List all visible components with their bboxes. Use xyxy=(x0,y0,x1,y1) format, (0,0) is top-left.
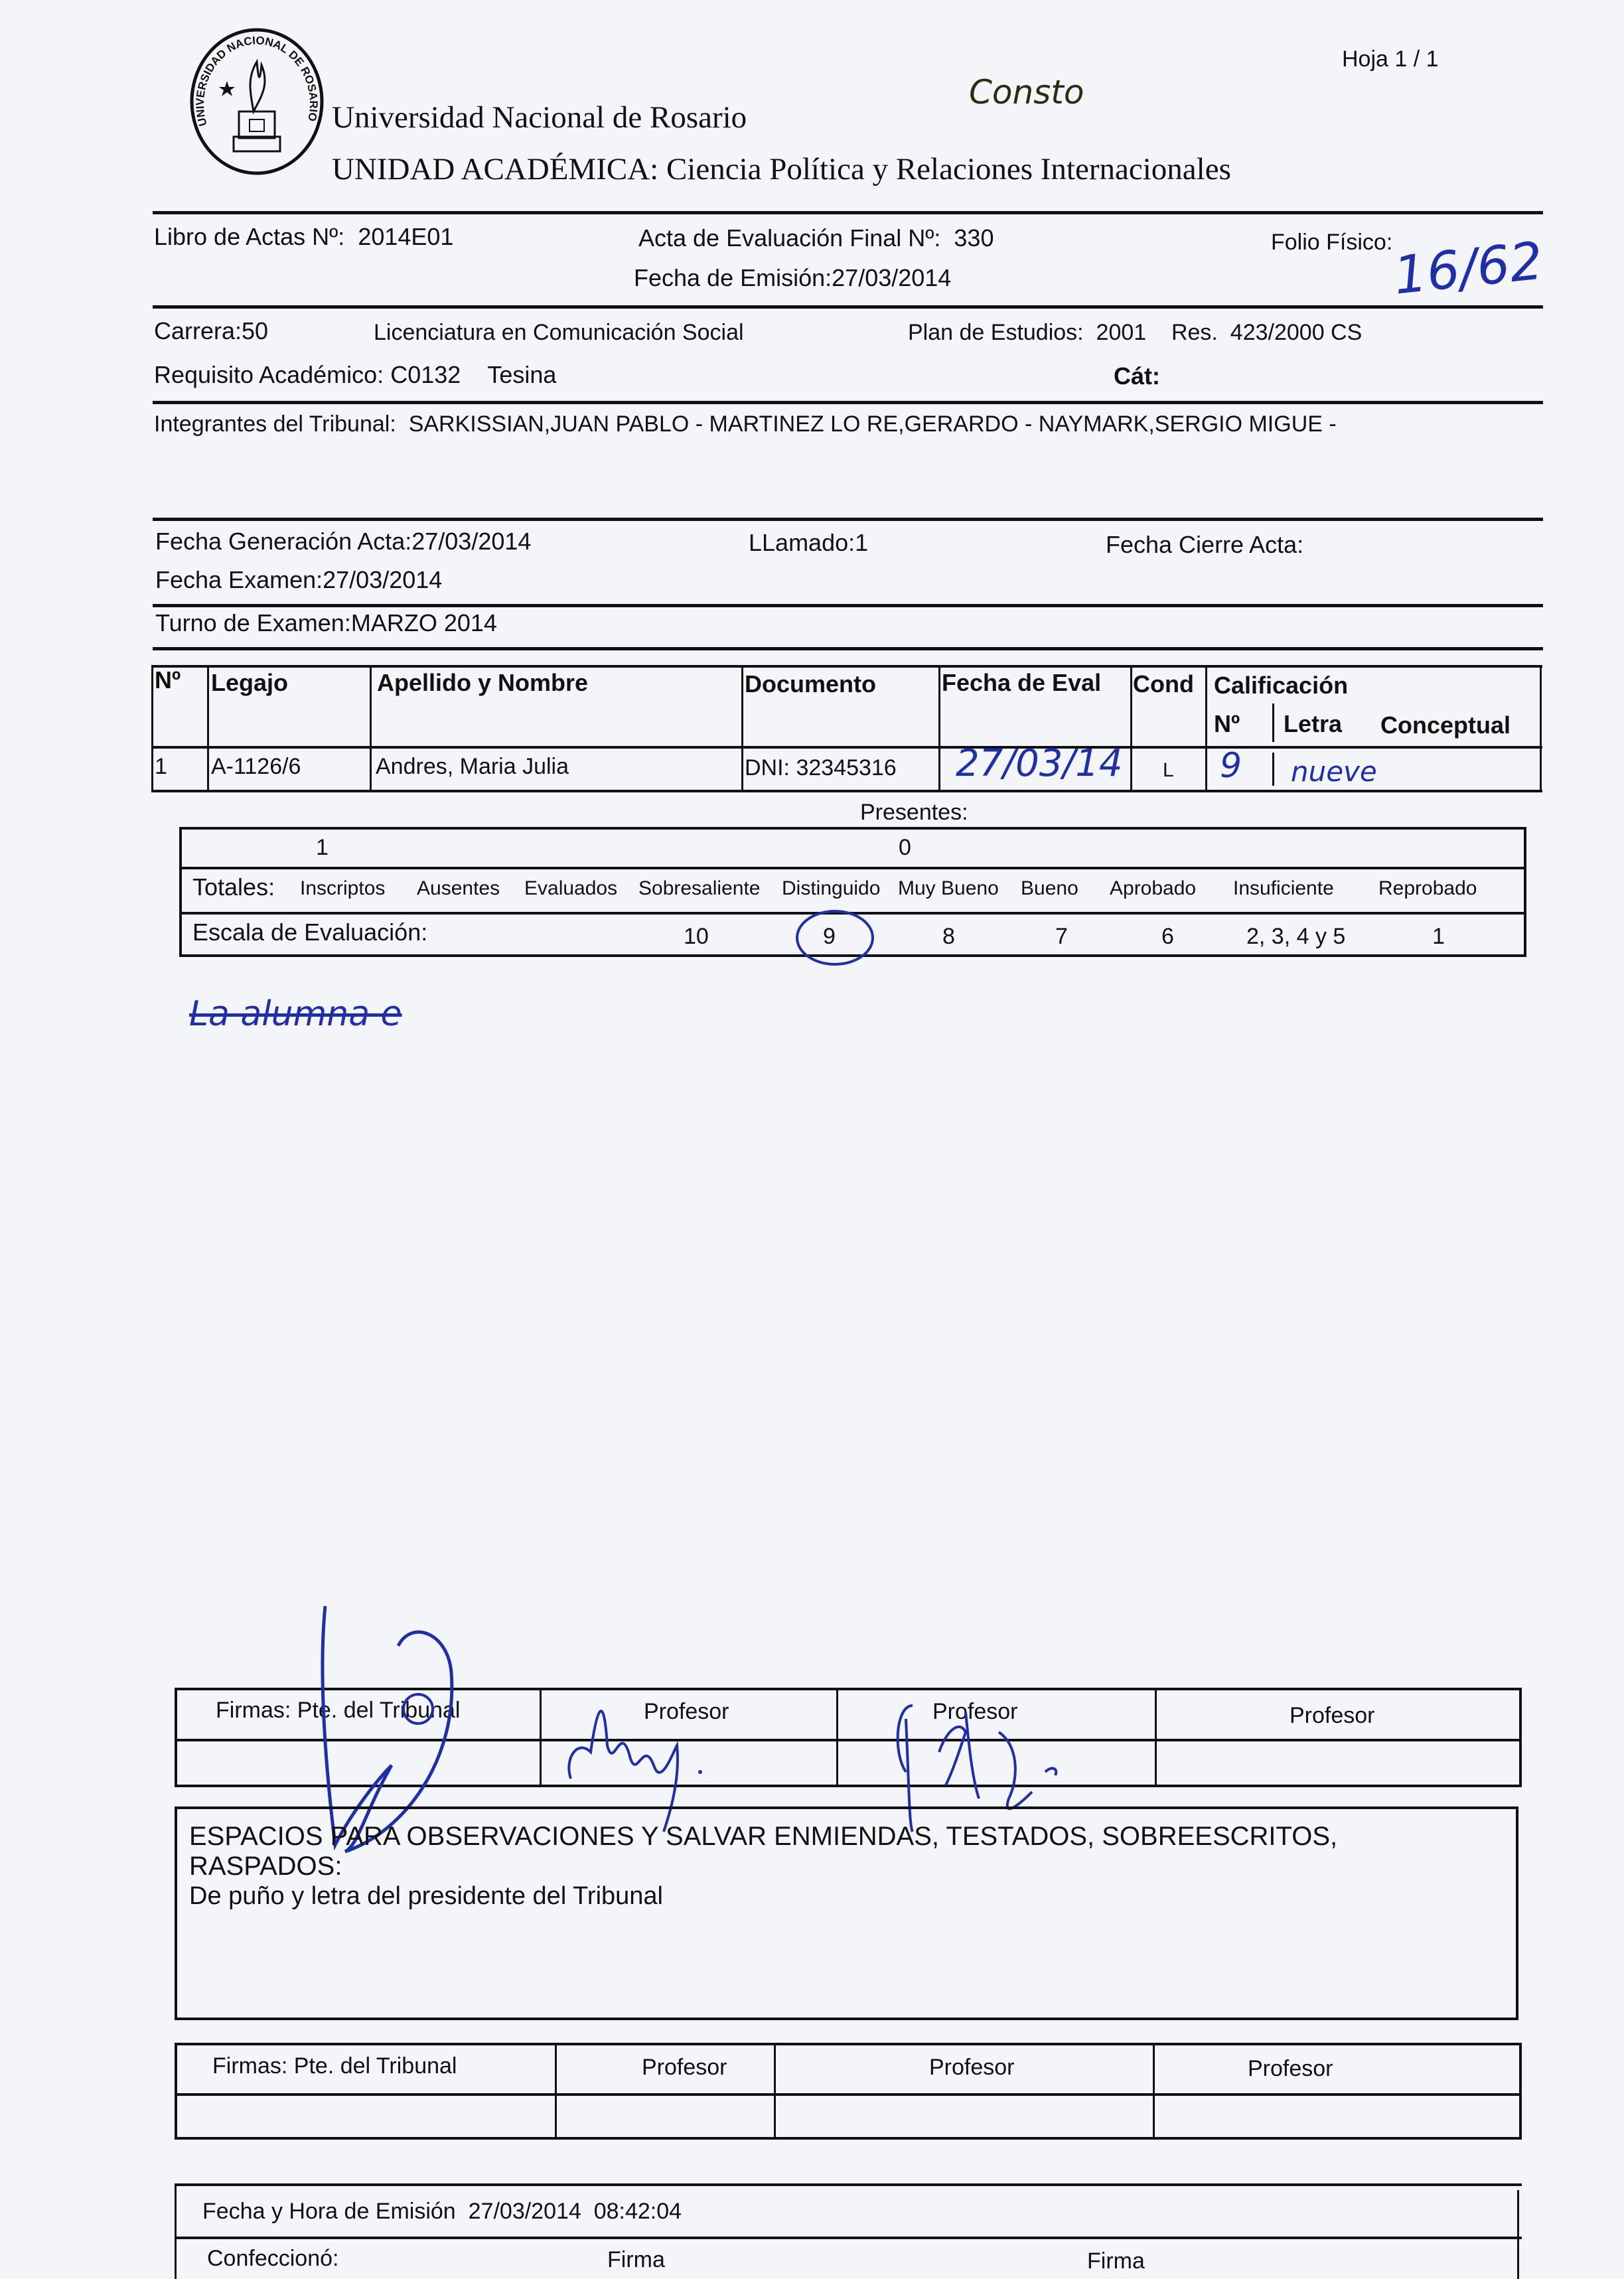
header-num: Nº xyxy=(155,666,181,694)
tribunal: Integrantes del Tribunal: SARKISSIAN,JUA… xyxy=(154,411,1337,437)
divider xyxy=(153,401,1543,404)
folio-label: Folio Físico: xyxy=(1271,230,1392,256)
totals-column-muy-bueno: Muy Bueno xyxy=(898,877,999,900)
totals-column-bueno: Bueno xyxy=(1021,877,1078,900)
fecha-emision: Fecha de Emisión:27/03/2014 xyxy=(634,264,951,292)
divider xyxy=(153,211,1543,214)
fecha-cierre: Fecha Cierre Acta: xyxy=(1106,531,1303,559)
presentes-value: 0 xyxy=(899,835,911,861)
folio-handwritten: 16/62 xyxy=(1391,231,1546,306)
cat-label: Cát: xyxy=(1114,362,1160,390)
totals-column-evaluados: Evaluados xyxy=(524,877,617,900)
inscriptos-value: 1 xyxy=(316,835,329,861)
escala-value: 7 xyxy=(1055,924,1068,950)
totals-column-inscriptos: Inscriptos xyxy=(300,877,385,900)
grade-circle-icon xyxy=(793,908,879,968)
escala-value: 6 xyxy=(1161,924,1174,950)
presentes-label: Presentes: xyxy=(860,800,968,826)
emission-datetime: Fecha y Hora de Emisión 27/03/2014 08:42… xyxy=(202,2199,682,2225)
totals-column-insuficiente: Insuficiente xyxy=(1233,877,1334,900)
libro-actas: Libro de Actas Nº: 2014E01 xyxy=(154,223,453,251)
academic-unit: UNIDAD ACADÉMICA: Ciencia Política y Rel… xyxy=(332,151,1231,187)
handwritten-struck-note: La alumna e xyxy=(189,994,402,1034)
header-calif-conceptual: Conceptual xyxy=(1380,711,1511,739)
observations-note: De puño y letra del presidente del Tribu… xyxy=(189,1882,663,1911)
university-seal-icon: UNIVERSIDAD NACIONAL DE ROSARIO xyxy=(187,25,327,178)
requisito: Requisito Académico: C0132 Tesina xyxy=(154,361,556,389)
carrera-name: Licenciatura en Comunicación Social xyxy=(374,320,744,346)
turno-examen: Turno de Examen:MARZO 2014 xyxy=(155,609,497,637)
acta-evaluacion: Acta de Evaluación Final Nº: 330 xyxy=(638,224,994,252)
totals-column-ausentes: Ausentes xyxy=(417,877,500,900)
header-calif-num: Nº xyxy=(1214,710,1240,738)
header-calificacion: Calificación xyxy=(1214,672,1348,699)
escala-value: 10 xyxy=(684,924,709,950)
totals-column-aprobado: Aprobado xyxy=(1110,877,1196,900)
fecha-examen: Fecha Examen:27/03/2014 xyxy=(155,566,442,594)
handwritten-note: Consto xyxy=(969,73,1084,111)
confecciono-label: Confeccionó: xyxy=(207,2246,338,2272)
totals-column-reprobado: Reprobado xyxy=(1378,877,1477,900)
observations-title: ESPACIOS PARA OBSERVACIONES Y SALVAR ENM… xyxy=(189,1822,1337,1852)
totals-column-distinguido: Distinguido xyxy=(782,877,880,900)
firma-label-1: Firma xyxy=(607,2247,665,2273)
firma-label-2: Firma xyxy=(1087,2248,1145,2274)
llamado: LLamado:1 xyxy=(749,529,868,557)
header-cond: Cond xyxy=(1133,670,1194,698)
carrera: Carrera:50 xyxy=(154,317,268,345)
divider xyxy=(153,518,1543,521)
totales-label: Totales: xyxy=(192,873,275,901)
sheet-number: Hoja 1 / 1 xyxy=(1342,46,1439,72)
fecha-generacion: Fecha Generación Acta:27/03/2014 xyxy=(155,528,531,555)
escala-value: 1 xyxy=(1432,924,1445,950)
divider xyxy=(153,647,1543,650)
escala-label: Escala de Evaluación: xyxy=(192,919,427,946)
header-legajo: Legajo xyxy=(211,669,288,697)
header-documento: Documento xyxy=(745,670,876,698)
divider xyxy=(153,305,1543,309)
university-name: Universidad Nacional de Rosario xyxy=(332,100,747,135)
plan-estudios: Plan de Estudios: 2001 Res. 423/2000 CS xyxy=(908,320,1362,346)
header-calif-letra: Letra xyxy=(1284,710,1342,738)
escala-value: 2, 3, 4 y 5 xyxy=(1246,924,1345,950)
observations-title-2: RASPADOS: xyxy=(189,1852,342,1881)
header-nombre: Apellido y Nombre xyxy=(377,669,588,697)
header-fecha-eval: Fecha de Eval xyxy=(942,669,1101,697)
totals-column-sobresaliente: Sobresaliente xyxy=(638,877,760,900)
divider xyxy=(153,604,1543,607)
escala-value: 8 xyxy=(942,924,955,950)
